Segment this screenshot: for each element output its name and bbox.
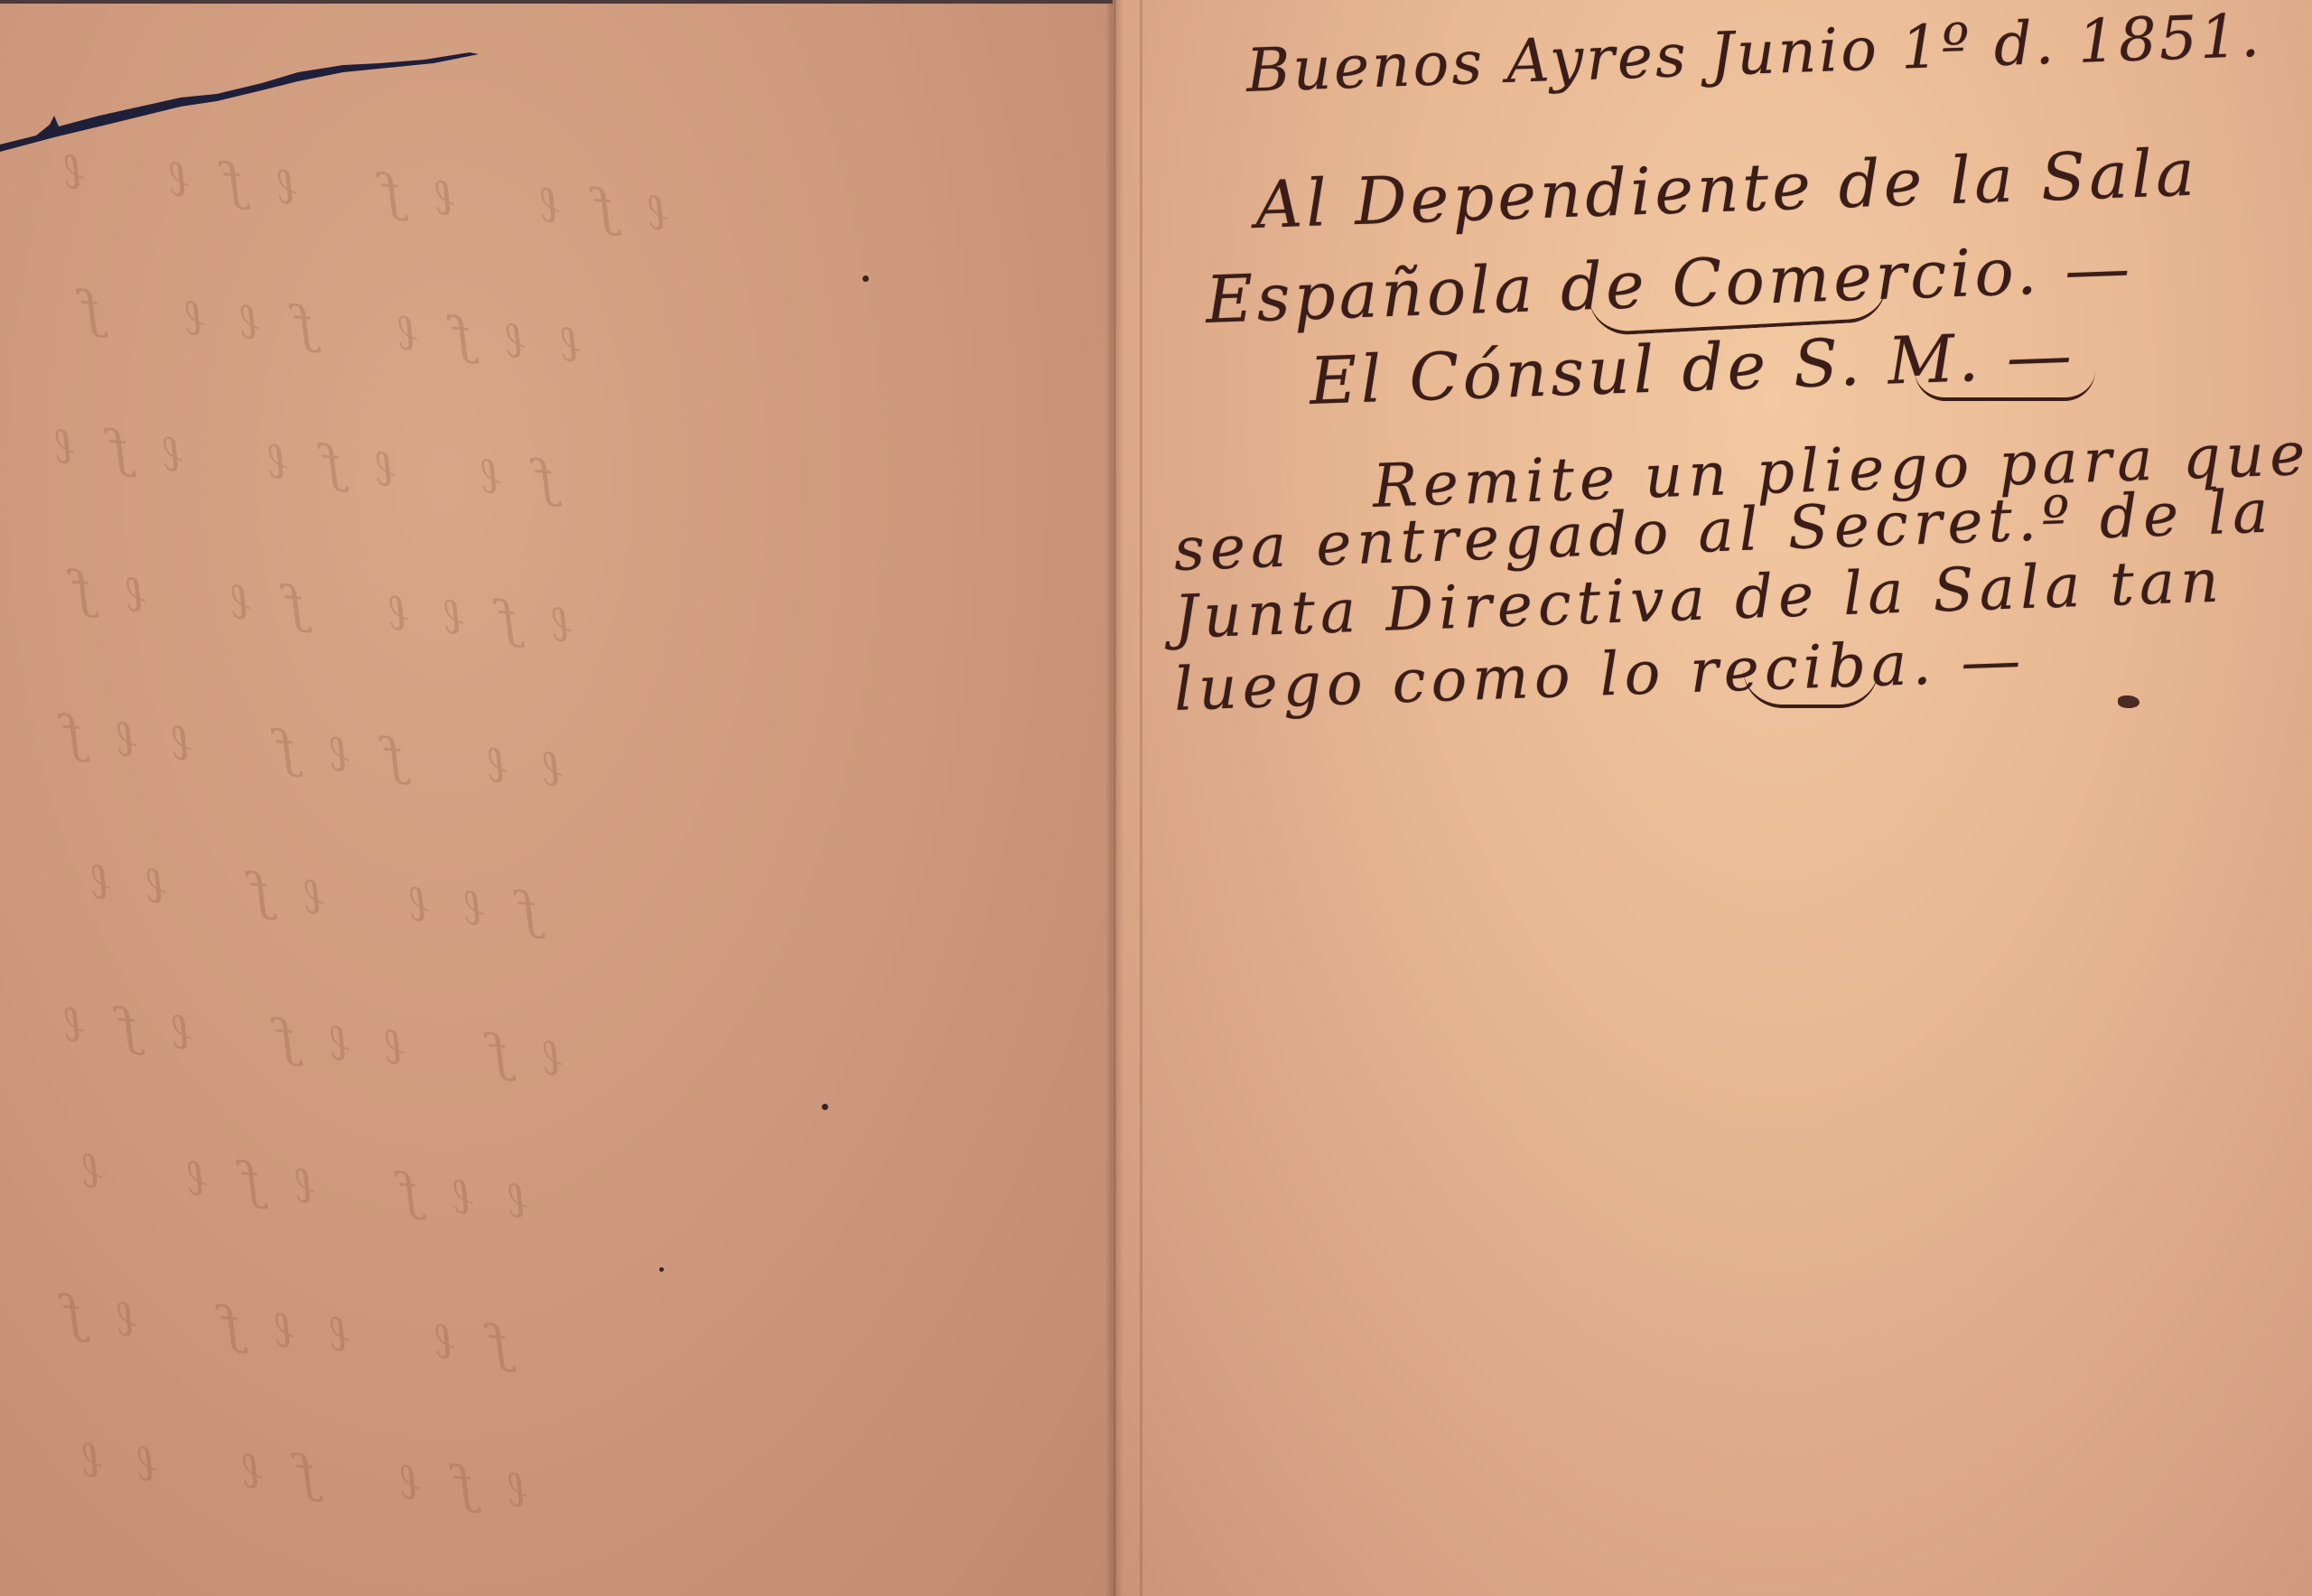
bleed-through-text: ℓ ƒ ℓ ƒ ℓ ℓ ℓ	[70, 1429, 530, 1519]
ink-blot	[2118, 695, 2140, 708]
book-gutter	[1105, 0, 1123, 1596]
bleed-through-text: ℓ ƒ ℓ ℓ ƒ ℓ ƒ ℓ	[52, 994, 565, 1087]
bleed-through-text: ℓ ℓ ƒ ℓ ƒ ℓ ℓ ƒ	[52, 705, 565, 798]
flourish-underline	[1915, 370, 2095, 401]
fold-crease	[1140, 0, 1142, 1596]
bleed-through-text: ℓ ℓ ƒ ℓ ƒ ℓ ℓ	[70, 1140, 530, 1230]
document-spread: ℓ ƒ ℓ ℓ ƒ ℓ ƒ ℓ ℓ ℓ ℓ ƒ ℓ ƒ ℓ ℓ ƒ ƒ ℓ ℓ …	[0, 0, 2312, 1596]
ink-speck	[659, 1267, 664, 1272]
flourish-underline	[1743, 668, 1878, 708]
ink-speck	[822, 1104, 828, 1110]
paper-tear	[0, 0, 506, 163]
bleed-through-text: ℓ ℓ ƒ ℓ ƒ ℓ ℓ ƒ	[70, 280, 583, 374]
bleed-through-text: ƒ ℓ ℓ ℓ ƒ ℓ ℓ	[79, 851, 539, 941]
bleed-through-text: ℓ ƒ ℓ ℓ ƒ ℓ ℓ ƒ	[61, 560, 574, 654]
bleed-through-text: ƒ ℓ ℓ ℓ ƒ ℓ ƒ	[52, 1285, 510, 1376]
bleed-through-text: ƒ ℓ ℓ ƒ ℓ ℓ ƒ ℓ	[43, 415, 556, 509]
ink-speck	[862, 275, 869, 282]
left-page: ℓ ƒ ℓ ℓ ƒ ℓ ƒ ℓ ℓ ℓ ℓ ƒ ℓ ƒ ℓ ℓ ƒ ƒ ℓ ℓ …	[0, 0, 1113, 1596]
